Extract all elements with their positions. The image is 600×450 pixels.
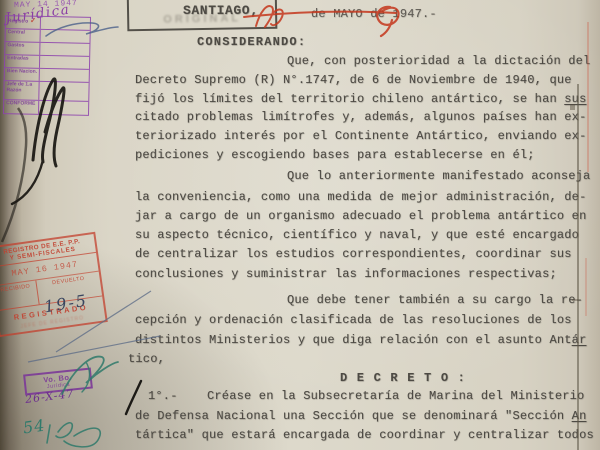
body-line: Que lo anteriormente manifestado aconsej…: [287, 169, 590, 184]
routing-stamp-row: Registro✓: [6, 16, 90, 30]
routing-row-cell: [40, 30, 89, 43]
routing-row-label: Central: [6, 29, 41, 42]
routing-row-label: Jefe de 1.a Razón: [4, 81, 39, 100]
routing-row-label: Entradas: [5, 55, 40, 68]
city-label: SANTIAGO,: [183, 3, 259, 18]
routing-stamp-row: Jefe de 1.a Razón: [4, 80, 88, 101]
body-line: pediciones y escogiendo bases para estab…: [135, 148, 535, 163]
routing-row-label: CONFORME: [4, 100, 39, 114]
routing-row-cell: [40, 56, 89, 69]
routing-row-cell: [39, 82, 88, 101]
check-icon: ✓: [30, 18, 36, 25]
body-line: Que, con posterioridad a la dictación de…: [287, 54, 590, 69]
body-line: tártica" que estará encargada de coordin…: [135, 428, 594, 443]
routing-row-cell: [39, 101, 88, 115]
right-edge-red-line: [587, 22, 589, 172]
body-line: Que debe tener también a su cargo la re-: [287, 293, 583, 308]
routing-stamp-row: Gastos: [5, 41, 89, 56]
date-line: de MAYO de 1947.-: [311, 7, 437, 22]
body-line: tico,: [128, 352, 165, 367]
body-line: jar a cargo de un organismo adecuado el …: [135, 209, 586, 224]
page-binding-curve: [2, 108, 26, 242]
body-line: cepción y ordenación clasificada de las …: [135, 313, 572, 328]
body-line: de Defensa Nacional una Sección que se d…: [135, 409, 586, 424]
body-line: distintos Ministerios y que diga relació…: [135, 333, 586, 348]
routing-stamp-grid: Registro✓ Central Gastos Entradas Bien N…: [3, 15, 91, 116]
margin-tick: [570, 104, 575, 110]
body-line: fijó los límites del territorio chileno …: [135, 92, 587, 107]
routing-stamp-row: Bien Nacion.: [5, 67, 89, 82]
routing-row-cell: [40, 43, 89, 56]
routing-row-label: Gastos: [5, 42, 40, 55]
routing-stamp-row: Central: [6, 28, 90, 43]
routing-stamp-row: Entradas: [5, 54, 89, 69]
body-line: de centralizar los estudios correspondie…: [135, 247, 572, 262]
routing-row-label: Registro✓: [6, 16, 41, 29]
routing-row-cell: [41, 17, 90, 30]
right-edge-red-mark: [585, 258, 587, 316]
body-line: conclusiones y suministrar las informaci…: [135, 267, 557, 282]
decree-item-number: 1°.-: [148, 389, 178, 404]
margin-tick: [572, 299, 578, 301]
body-line: la conveniencia, como una medida de mejo…: [135, 190, 586, 205]
decreto-heading: D E C R E T O :: [340, 371, 466, 386]
body-line: Decreto Supremo (R) N°.1747, de 6 de Nov…: [135, 73, 572, 88]
considerando-heading: CONSIDERANDO:: [197, 35, 306, 50]
routing-stamp: Registro✓ Central Gastos Entradas Bien N…: [3, 15, 91, 116]
routing-row-cell: [40, 69, 89, 82]
scanned-decree-page: ORIGINAL SANTIAGO, de MAYO de 1947.- MAY…: [0, 0, 600, 450]
body-line: Créase en la Subsecretaría de Marina del…: [207, 389, 584, 404]
registry-stamp: REGISTRO DE E.E. P.P. Y SEMI-FISCALES MA…: [0, 232, 108, 337]
body-line: su aspecto técnico, científico y naval, …: [135, 228, 579, 243]
handwritten-green-number: 54: [22, 416, 47, 438]
routing-stamp-row: CONFORME: [4, 99, 88, 115]
body-line: citado problemas limítrofes y, además, a…: [135, 110, 586, 125]
routing-row-label: Bien Nacion.: [5, 68, 40, 81]
right-margin-line: [577, 84, 579, 450]
body-line: teriorizado interés por el Continente An…: [135, 129, 586, 144]
